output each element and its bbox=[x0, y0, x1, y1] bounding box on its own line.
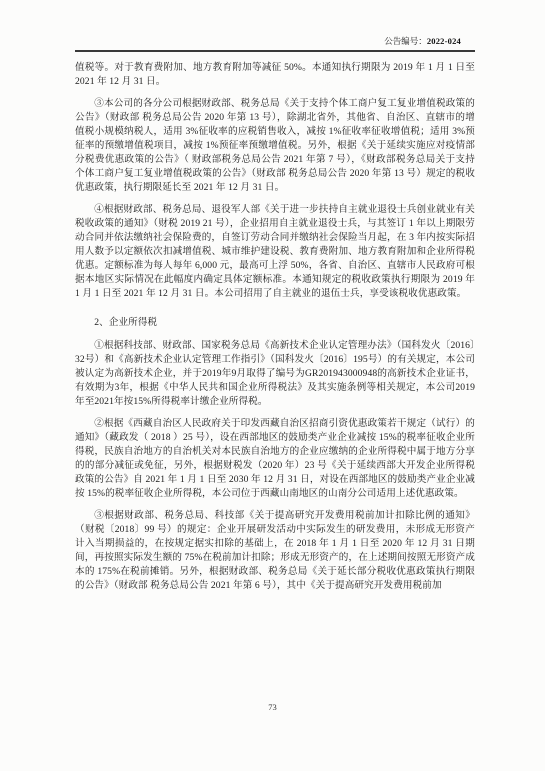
announcement-number-value: 2022-024 bbox=[427, 36, 461, 46]
document-header: 公告编号：2022-024 bbox=[75, 36, 475, 47]
paragraph-vat-branch: ③本公司的各分公司根据财政部、税务总局《关于支持个体工商户复工复业增值税政策的公… bbox=[75, 97, 475, 194]
paragraph-rd-deduction: ③根据财政部、税务总局、科技部《关于提高研究开发费用税前加计扣除比例的通知》（财… bbox=[75, 509, 475, 592]
document-page: 公告编号：2022-024 值税等。对于教育费附加、地方教育附加等减征 50%。… bbox=[0, 0, 545, 771]
announcement-number-label: 公告编号： bbox=[384, 36, 427, 46]
paragraph-continuation: 值税等。对于教育费附加、地方教育附加等减征 50%。本通知执行期限为 2019 … bbox=[75, 61, 475, 89]
page-number: 73 bbox=[0, 702, 545, 712]
header-divider bbox=[75, 50, 475, 52]
paragraph-hightech-certification: ①根据科技部、财政部、国家税务总局《高新技术企业认定管理办法》（国科发火〔201… bbox=[75, 339, 475, 409]
paragraph-veterans-tax: ④根据财政部、税务总局、退役军人部《关于进一步扶持自主就业退役士兵创业就业有关税… bbox=[75, 203, 475, 300]
section-heading-corporate-income-tax: 2、企业所得税 bbox=[75, 316, 475, 330]
paragraph-tibet-policy: ②根据《西藏自治区人民政府关于印发西藏自治区招商引资优惠政策若干规定（试行）的通… bbox=[75, 417, 475, 500]
document-body: 值税等。对于教育费附加、地方教育附加等减征 50%。本通知执行期限为 2019 … bbox=[75, 61, 475, 593]
